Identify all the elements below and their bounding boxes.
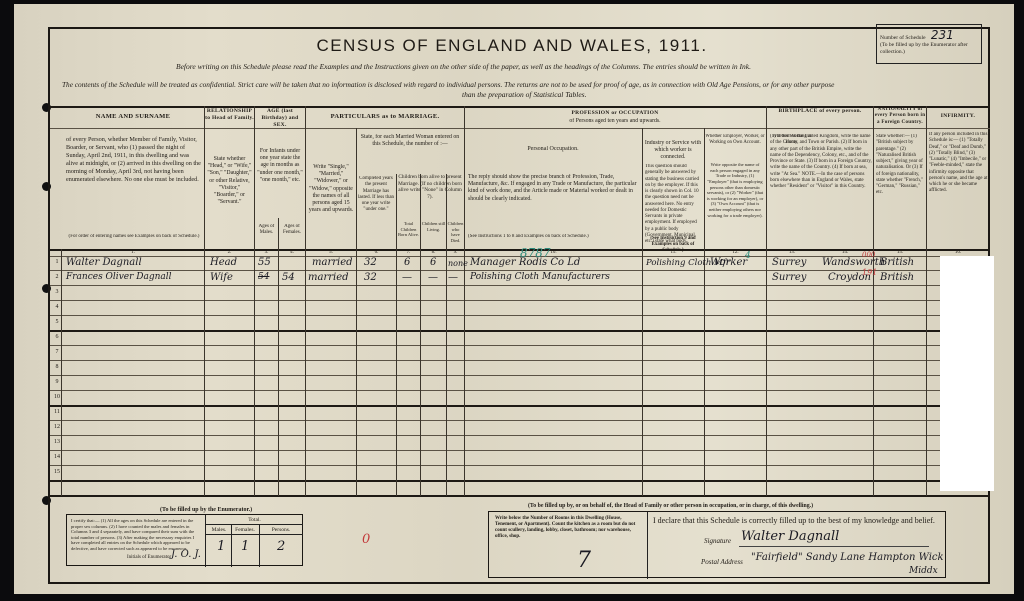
header-name-note: (For order of entering names see Example…	[66, 234, 202, 240]
schedule-number-label: Number of Schedule	[880, 35, 926, 41]
row-number: 1	[52, 259, 62, 265]
census-table: NAME AND SURNAME of every Person, whethe…	[50, 106, 990, 496]
birth-county: Surrey	[772, 257, 806, 268]
marriage-years: 32	[364, 257, 377, 268]
header-children-total: Total Children Born Alive.	[397, 221, 420, 238]
row-number: 10	[52, 394, 62, 400]
column-number: 15.	[874, 250, 926, 255]
town-code: 191	[862, 268, 877, 277]
postal-address: "Fairfield" Sandy Lane Hampton Wick	[751, 552, 944, 563]
header-marriage: PARTICULARS as to MARRIAGE.	[306, 113, 464, 121]
column-number: 12.	[705, 250, 766, 255]
header-infirmity-desc: If any person included in this Schedule …	[929, 132, 989, 195]
header-employer-desc: Write opposite the name of each person e…	[706, 162, 764, 218]
total-females: 1	[241, 539, 249, 554]
total-persons: 2	[277, 539, 285, 554]
row-number: 11	[52, 409, 62, 415]
header-employer: Whether Employer, Worker, or Working on …	[705, 134, 765, 146]
employer-code: 4	[745, 251, 751, 261]
header-birthplace-desc: (1) If born in the United Kingdom, write…	[770, 134, 872, 190]
confidential-notice-end: than the preparation of Statistical Tabl…	[462, 90, 586, 99]
header-age-males: Ages of Males.	[255, 224, 278, 237]
declaration-text: I declare that this Schedule is correctl…	[653, 516, 935, 525]
header-infirmity: INFIRMITY.	[927, 113, 989, 120]
row-number: 7	[52, 349, 62, 355]
header-children: Children born alive to present Marriage.…	[397, 174, 463, 200]
row-number: 4	[52, 304, 62, 310]
enumerator-box: I certify that:— (1) All the ages on thi…	[66, 514, 303, 566]
header-birthplace: BIRTHPLACE of every person.	[767, 108, 873, 115]
column-number: 3.	[255, 250, 278, 255]
header-relationship-desc: State whether "Head," or "Wife," "Son," …	[206, 156, 253, 207]
children-total: 6	[404, 257, 410, 268]
header-profession: PROFESSION or OCCUPATION	[464, 110, 766, 117]
row-number: 12	[52, 424, 62, 430]
header-relationship: RELATIONSHIP to Head of Family.	[205, 108, 254, 122]
employer-status: Worker	[710, 257, 747, 268]
column-number: 8.	[421, 250, 446, 255]
signature: Walter Dagnall	[741, 529, 839, 544]
marital-status: married	[308, 272, 349, 283]
marital-status: married	[312, 257, 353, 268]
red-check-mark: 0	[362, 532, 370, 547]
header-age: AGE (last Birthday) and SEX.	[255, 108, 305, 129]
header-nationality: NATIONALITY of every Person born in a Fo…	[874, 107, 926, 126]
children-died: none	[448, 259, 468, 268]
column-number: 2.	[205, 250, 254, 255]
column-number: 9.	[447, 250, 464, 255]
redaction-patch	[940, 256, 994, 491]
column-number: 6.	[357, 250, 396, 255]
children-living: 6	[430, 257, 436, 268]
column-number: 13.	[767, 250, 817, 255]
column-number: 1.	[62, 250, 204, 255]
column-number: 4.	[279, 250, 305, 255]
row-number: 9	[52, 379, 62, 385]
age-male-crossed: 54	[258, 272, 269, 282]
persons-label: Persons.	[259, 527, 303, 534]
row-number: 2	[52, 274, 62, 280]
rooms-count: 7	[577, 548, 591, 573]
row-number: 14	[52, 454, 62, 460]
column-number: 16.	[927, 250, 989, 255]
birth-town: Wandsworth	[822, 257, 885, 268]
header-age-females: Ages of Females.	[279, 224, 305, 237]
row-number: 3	[52, 289, 62, 295]
enumerator-initials: J. O. J.	[171, 549, 201, 560]
householder-box: Write below the Number of Rooms in this …	[488, 511, 946, 578]
signature-label: Signature	[704, 537, 731, 545]
enumerator-initials-label: Initials of Enumerator	[127, 555, 171, 561]
children-died: —	[448, 272, 458, 283]
header-name-desc: of every Person, whether Member of Famil…	[66, 136, 202, 184]
document-title: CENSUS OF ENGLAND AND WALES, 1911.	[0, 36, 1024, 56]
occupation: Polishing Cloth Manufacturers	[470, 272, 610, 282]
children-total: —	[402, 272, 412, 283]
relationship: Wife	[210, 272, 233, 283]
rooms-label: Write below the Number of Rooms in this …	[495, 516, 641, 540]
header-industry-desc: This question should generally be answer…	[645, 164, 702, 245]
header-personal-note: (See Instructions 1 to 8 and Examples on…	[468, 234, 638, 240]
postal-address-county: Middx	[909, 566, 938, 576]
header-nationality-desc: State whether:— (1) "British subject by …	[876, 134, 925, 197]
header-industry: Industry or Service with which worker is…	[643, 140, 703, 162]
females-label: Females.	[231, 527, 259, 534]
confidential-notice: The contents of the Schedule will be tre…	[62, 80, 834, 89]
householder-heading: (To be filled up by, or on behalf of, th…	[528, 503, 813, 510]
occupation: Manager Rodis Co Ld	[470, 257, 580, 268]
column-number: 5.	[306, 250, 356, 255]
header-married-woman: State, for each Married Woman entered on…	[358, 134, 462, 148]
person-name: Walter Dagnall	[66, 257, 142, 268]
nationality: British	[880, 257, 914, 268]
header-children-living: Children still Living.	[421, 221, 446, 232]
row-number: 5	[52, 319, 62, 325]
header-personal-occupation: Personal Occupation.	[465, 146, 641, 154]
header-name: NAME AND SURNAME	[62, 113, 204, 121]
town-code: 000	[862, 251, 875, 259]
schedule-number-note: (To be filled up by the Enumerator after…	[880, 42, 968, 55]
enumerator-certification: I certify that:— (1) All the ages on thi…	[71, 518, 203, 551]
header-marriage-status: Write "Single," "Married," "Widower," or…	[307, 164, 355, 215]
postal-address-label: Postal Address	[701, 558, 743, 566]
row-number: 8	[52, 364, 62, 370]
person-name: Frances Oliver Dagnall	[66, 272, 172, 282]
schedule-number: 231	[931, 28, 954, 42]
marriage-years: 32	[364, 272, 377, 283]
birth-county: Surrey	[772, 272, 806, 283]
row-number: 6	[52, 334, 62, 340]
row-number: 13	[52, 439, 62, 445]
males-label: Males.	[207, 527, 231, 534]
instruction-line: Before writing on this Schedule please r…	[176, 62, 751, 71]
header-personal-desc: The reply should show the precise branch…	[468, 174, 638, 203]
total-males: 1	[217, 539, 225, 554]
header-children-died: Children who have Died.	[447, 221, 464, 244]
children-living: —	[428, 272, 438, 283]
column-number: 7.	[397, 250, 420, 255]
header-age-desc: For Infants under one year state the age…	[256, 148, 304, 184]
row-number: 15	[52, 469, 62, 475]
nationality: British	[880, 272, 914, 283]
age-male: 55	[258, 257, 271, 268]
column-number: 10.	[465, 250, 642, 255]
relationship: Head	[210, 257, 237, 268]
age-female: 54	[282, 272, 295, 283]
header-marriage-years: Completed years the present Marriage has…	[357, 176, 395, 214]
total-label: Total.	[206, 517, 303, 524]
header-profession-sub: of Persons aged ten years and upwards.	[464, 118, 766, 125]
schedule-number-box: Number of Schedule 231 (To be filled up …	[876, 24, 982, 64]
column-number: 11.	[643, 250, 704, 255]
